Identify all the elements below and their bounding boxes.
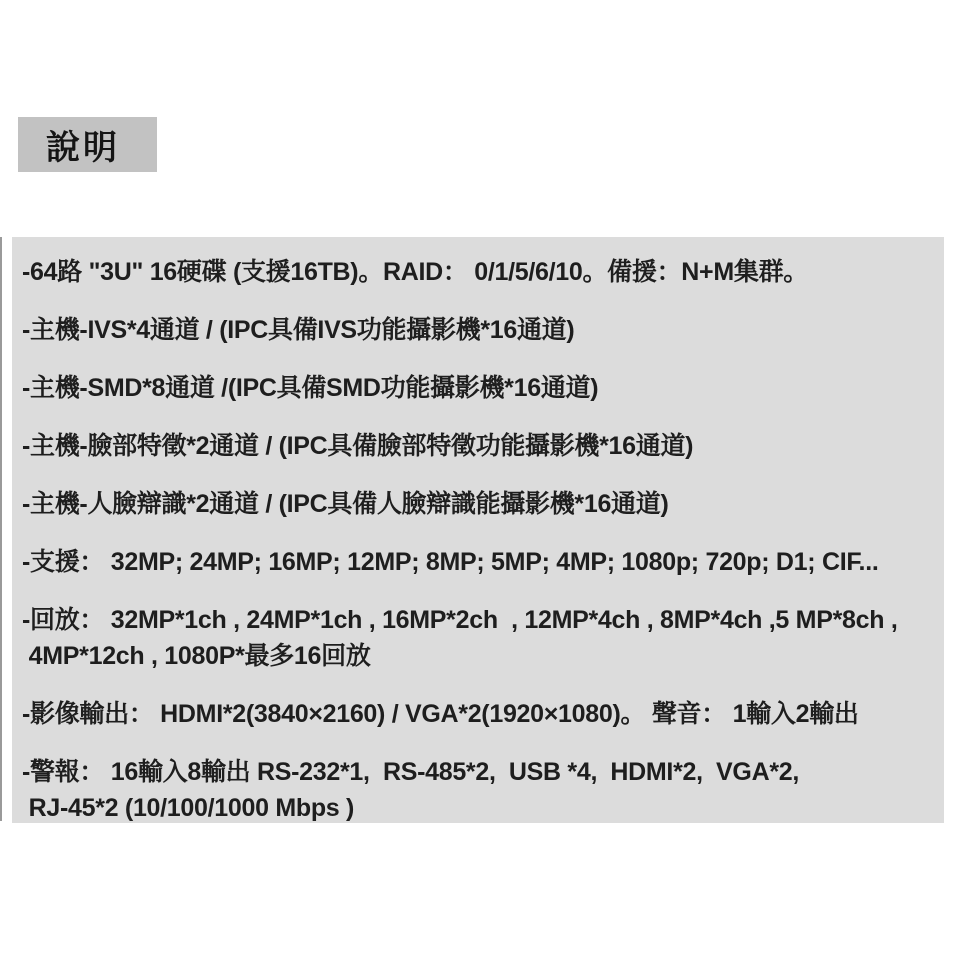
section-title: 說明 — [46, 120, 120, 169]
spec-line-face-attribute: -主機-臉部特徵*2通道 / (IPC具備臉部特徵功能攝影機*16通道) — [22, 428, 930, 464]
left-edge-line — [0, 237, 2, 821]
spec-line-smd: -主機-SMD*8通道 /(IPC具備SMD功能攝影機*16通道) — [22, 370, 930, 406]
spec-line-ivs: -主機-IVS*4通道 / (IPC具備IVS功能攝影機*16通道) — [22, 312, 930, 348]
spec-line-face-recognition: -主機-人臉辯識*2通道 / (IPC具備人臉辯識能攝影機*16通道) — [22, 486, 930, 522]
section-title-box: 說明 — [18, 117, 157, 172]
spec-panel: -64路 "3U" 16硬碟 (支援16TB)。RAID： 0/1/5/6/10… — [12, 237, 944, 823]
spec-line-capacity-raid: -64路 "3U" 16硬碟 (支援16TB)。RAID： 0/1/5/6/10… — [22, 254, 930, 290]
spec-line-playback: -回放： 32MP*1ch , 24MP*1ch , 16MP*2ch , 12… — [22, 602, 930, 674]
spec-line-supported-resolutions: -支援： 32MP; 24MP; 16MP; 12MP; 8MP; 5MP; 4… — [22, 544, 930, 580]
spec-sheet-page: 說明 -64路 "3U" 16硬碟 (支援16TB)。RAID： 0/1/5/6… — [0, 0, 960, 960]
spec-line-video-output: -影像輸出： HDMI*2(3840×2160) / VGA*2(1920×10… — [22, 696, 930, 732]
spec-line-alarm-io: -警報： 16輸入8輸出 RS-232*1, RS-485*2, USB *4,… — [22, 754, 930, 826]
